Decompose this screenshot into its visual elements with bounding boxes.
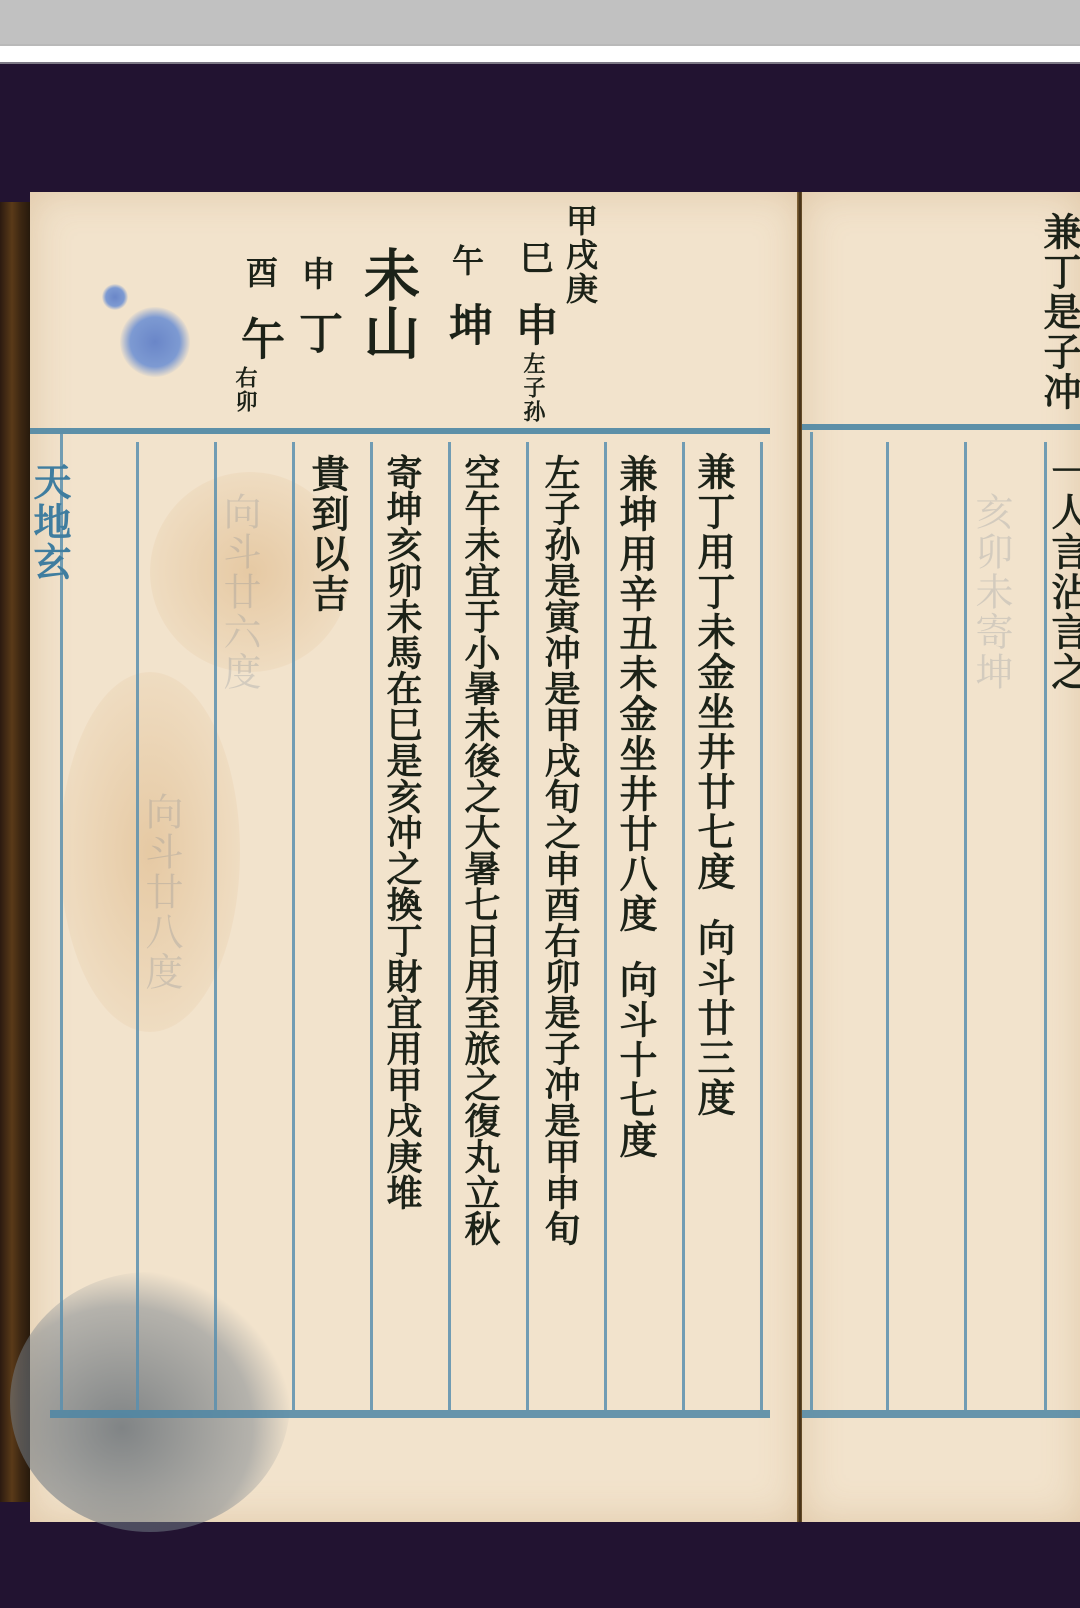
left-page: 天地玄 甲戌庚 巳 申 左子孙 午 坤 未山 申 丁 酉 午 右卯 兼丁用丁未金…	[30, 192, 800, 1522]
damage-stain	[10, 1272, 290, 1532]
column-rule	[886, 442, 889, 1410]
frame-bottom-rule	[50, 1410, 770, 1418]
text-column-5: 寄坤亥卯未馬在巳是亥冲之換丁財宜用甲戌庚堆	[384, 454, 420, 1210]
column-2-part-c: 向斗十七度	[613, 960, 658, 1160]
column-4-part-b: 未後之大暑七日用至旅之復丸立秋	[459, 706, 501, 1246]
column-1-part-b: 金坐井廿七度	[691, 652, 736, 892]
column-2-part-a: 兼坤用辛丑未	[613, 454, 658, 694]
text-column-3: 左子孙是寅冲是甲戌旬之申酉右卯是子冲是甲申旬	[542, 454, 578, 1246]
column-4-part-a: 空午未宜于小暑	[459, 454, 501, 706]
header-shen-kun: 申	[510, 302, 554, 348]
margin-label: 天地玄	[30, 462, 68, 582]
header-kun: 坤	[444, 302, 488, 348]
viewer-separator-bar	[0, 46, 1080, 64]
frame-bottom-rule	[802, 1410, 1080, 1418]
column-rule	[760, 442, 763, 1410]
column-rule	[964, 442, 967, 1410]
text-column-6: 貴到以吉	[308, 454, 346, 614]
column-rule	[370, 442, 373, 1410]
frame-top-rule	[30, 428, 770, 434]
column-2-part-b: 金坐井廿八度	[613, 694, 658, 934]
column-rule	[292, 442, 295, 1410]
bleed-through-text: 亥卯未寄坤	[972, 492, 1010, 692]
ink-blot	[120, 307, 190, 377]
column-rule	[448, 442, 451, 1410]
column-1-part-c: 向斗廿三度	[691, 918, 736, 1118]
header-shen: 申	[298, 256, 332, 292]
viewer-top-bar	[0, 0, 1080, 46]
header-si: 巳	[516, 240, 550, 276]
header-ding: 丁	[294, 310, 338, 356]
bleed-through-text: 向斗廿八度	[142, 792, 180, 992]
column-rule	[810, 432, 813, 1410]
image-viewer: 天地玄 甲戌庚 巳 申 左子孙 午 坤 未山 申 丁 酉 午 右卯 兼丁用丁未金…	[0, 64, 1080, 1608]
text-column-2: 兼坤用辛丑未金坐井廿八度向斗十七度	[616, 454, 654, 1160]
text-column-1: 兼丁用丁未金坐井廿七度向斗廿三度	[694, 452, 732, 1118]
header-you: 酉	[244, 256, 276, 290]
book-spread: 天地玄 甲戌庚 巳 申 左子孙 午 坤 未山 申 丁 酉 午 右卯 兼丁用丁未金…	[0, 182, 1080, 1524]
right-page: 兼丁是子冲 一人言沾言之 亥卯未寄坤	[802, 192, 1080, 1522]
book-spine	[0, 202, 34, 1502]
frame-top-rule	[802, 424, 1080, 430]
ink-blot	[102, 284, 128, 310]
header-wu2: 午	[236, 316, 280, 362]
page-title-mountain: 未山	[360, 246, 416, 362]
right-page-header-text: 兼丁是子冲	[1040, 212, 1078, 412]
column-rule	[604, 442, 607, 1410]
right-page-column-text: 一人言沾言之	[1048, 452, 1080, 692]
header-wu: 午	[450, 244, 482, 278]
column-rule	[526, 442, 529, 1410]
column-1-part-a: 兼丁用丁未	[691, 452, 736, 652]
bleed-through-text: 向斗廿六度	[220, 492, 258, 692]
header-left-note: 左子孙	[522, 352, 544, 424]
text-column-4: 空午未宜于小暑未後之大暑七日用至旅之復丸立秋	[462, 454, 498, 1246]
header-right-note: 右卯	[234, 366, 256, 414]
column-rule	[682, 442, 685, 1410]
header-stem-branch: 甲戌庚	[564, 204, 596, 306]
